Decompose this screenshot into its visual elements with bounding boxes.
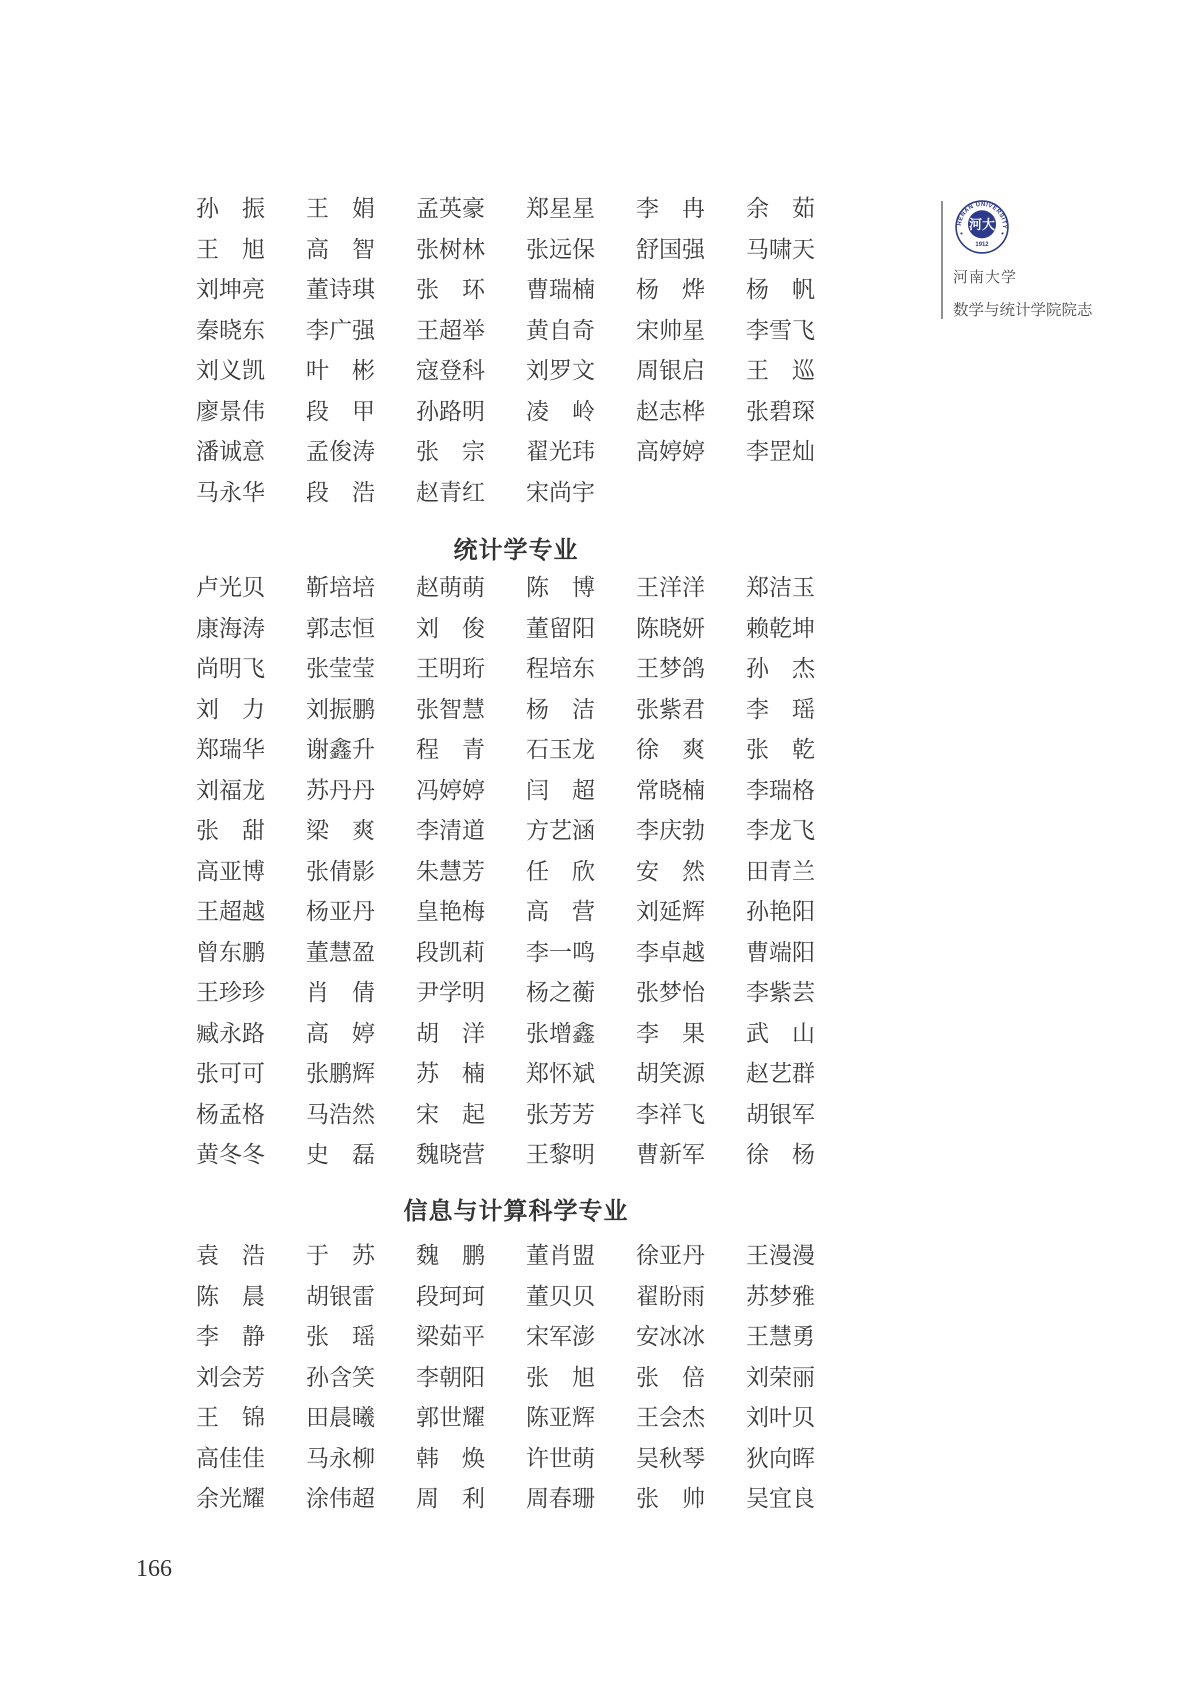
student-name: 孙艳阳 xyxy=(746,892,815,933)
student-name: 余光耀 xyxy=(196,1479,265,1520)
student-name: 刘坤亮 xyxy=(196,270,265,311)
student-name: 李瑶 xyxy=(746,690,815,731)
student-name: 张碧琛 xyxy=(746,392,815,433)
student-name: 马永柳 xyxy=(306,1439,375,1480)
student-name: 袁浩 xyxy=(196,1236,265,1277)
student-name: 张倍 xyxy=(636,1358,705,1399)
student-name: 高亚博 xyxy=(196,852,265,893)
student-name: 程培东 xyxy=(526,649,595,690)
student-name: 曾东鹏 xyxy=(196,933,265,974)
student-name: 翟盼雨 xyxy=(636,1277,705,1318)
student-name: 段珂珂 xyxy=(416,1277,485,1318)
student-name: 刘俊 xyxy=(416,609,485,650)
student-name: 董诗琪 xyxy=(306,270,375,311)
student-name: 尹学明 xyxy=(416,973,485,1014)
student-name: 张增鑫 xyxy=(526,1014,595,1055)
student-name: 孙含笑 xyxy=(306,1358,375,1399)
names-grid-statistics: 卢光贝靳培培赵萌萌陈博王洋洋郑洁玉康海涛郭志恒刘俊董留阳陈晓妍赖乾坤尚明飞张莹莹… xyxy=(196,568,815,1176)
student-name: 郭世耀 xyxy=(416,1398,485,1439)
student-name: 刘罗文 xyxy=(526,351,595,392)
student-name: 赵志桦 xyxy=(636,392,705,433)
student-name: 周春珊 xyxy=(526,1479,595,1520)
student-name: 张可可 xyxy=(196,1054,265,1095)
student-name: 高佳佳 xyxy=(196,1439,265,1480)
student-name: 刘荣丽 xyxy=(746,1358,815,1399)
student-name: 王旭 xyxy=(196,230,265,271)
student-name: 李清道 xyxy=(416,811,485,852)
student-name: 石玉龙 xyxy=(526,730,595,771)
student-name: 徐亚丹 xyxy=(636,1236,705,1277)
student-name: 肖倩 xyxy=(306,973,375,1014)
student-name: 朱慧芳 xyxy=(416,852,485,893)
student-name: 于苏 xyxy=(306,1236,375,1277)
student-name: 苏梦雅 xyxy=(746,1277,815,1318)
student-name: 张帅 xyxy=(636,1479,705,1520)
student-name: 高智 xyxy=(306,230,375,271)
student-name: 叶彬 xyxy=(306,351,375,392)
student-name: 靳培培 xyxy=(306,568,375,609)
student-name: 陈晓妍 xyxy=(636,609,705,650)
sidebar-book-title: 数学与统计学院院志 xyxy=(953,298,1093,320)
student-name: 许世萌 xyxy=(526,1439,595,1480)
student-name: 李静 xyxy=(196,1317,265,1358)
student-name: 李朝阳 xyxy=(416,1358,485,1399)
student-name: 王珍珍 xyxy=(196,973,265,1014)
student-name: 魏晓营 xyxy=(416,1135,485,1176)
logo-center-characters: 河大 xyxy=(969,217,995,232)
student-name: 寇登科 xyxy=(416,351,485,392)
student-name: 宋军澎 xyxy=(526,1317,595,1358)
section-title-statistics: 统计学专业 xyxy=(206,530,826,565)
student-name: 张甜 xyxy=(196,811,265,852)
student-name: 李冉 xyxy=(636,189,705,230)
student-name: 刘力 xyxy=(196,690,265,731)
student-name: 梁爽 xyxy=(306,811,375,852)
student-name: 常晓楠 xyxy=(636,771,705,812)
student-name: 杨洁 xyxy=(526,690,595,731)
student-name: 胡笑源 xyxy=(636,1054,705,1095)
student-name: 余茹 xyxy=(746,189,815,230)
student-name: 涂伟超 xyxy=(306,1479,375,1520)
student-name: 胡银军 xyxy=(746,1095,815,1136)
student-name: 马浩然 xyxy=(306,1095,375,1136)
student-name: 卢光贝 xyxy=(196,568,265,609)
student-name: 梁茹平 xyxy=(416,1317,485,1358)
student-name: 杨亚丹 xyxy=(306,892,375,933)
student-name: 宋尚宇 xyxy=(526,473,595,514)
student-name: 王洋洋 xyxy=(636,568,705,609)
student-name: 秦晓东 xyxy=(196,311,265,352)
student-name: 李罡灿 xyxy=(746,432,815,473)
student-name: 杨之蘅 xyxy=(526,973,595,1014)
student-name: 徐杨 xyxy=(746,1135,815,1176)
student-name: 周银启 xyxy=(636,351,705,392)
student-name: 孟俊涛 xyxy=(306,432,375,473)
student-name: 魏鹏 xyxy=(416,1236,485,1277)
student-name: 杨烨 xyxy=(636,270,705,311)
student-name: 张树林 xyxy=(416,230,485,271)
student-name: 李庆勃 xyxy=(636,811,705,852)
student-name: 皇艳梅 xyxy=(416,892,485,933)
student-name: 韩焕 xyxy=(416,1439,485,1480)
student-name: 王锦 xyxy=(196,1398,265,1439)
student-name: 李龙飞 xyxy=(746,811,815,852)
student-name: 刘振鹏 xyxy=(306,690,375,731)
student-name: 赵艺群 xyxy=(746,1054,815,1095)
student-name: 胡银雷 xyxy=(306,1277,375,1318)
student-name: 郑瑞华 xyxy=(196,730,265,771)
student-name: 苏楠 xyxy=(416,1054,485,1095)
student-name: 王慧勇 xyxy=(746,1317,815,1358)
sidebar-university-name: 河南大学 xyxy=(953,266,1017,287)
student-name: 马啸天 xyxy=(746,230,815,271)
student-name: 张芳芳 xyxy=(526,1095,595,1136)
student-name: 杨孟格 xyxy=(196,1095,265,1136)
student-name: 马永华 xyxy=(196,473,265,514)
student-name: 郑星星 xyxy=(526,189,595,230)
student-name: 谢鑫升 xyxy=(306,730,375,771)
student-name: 张莹莹 xyxy=(306,649,375,690)
student-name: 胡洋 xyxy=(416,1014,485,1055)
student-name: 李瑞格 xyxy=(746,771,815,812)
student-name: 安冰冰 xyxy=(636,1317,705,1358)
student-name: 苏丹丹 xyxy=(306,771,375,812)
student-name: 李雪飞 xyxy=(746,311,815,352)
student-name: 王超举 xyxy=(416,311,485,352)
student-name: 高婷婷 xyxy=(636,432,705,473)
student-name: 方艺涵 xyxy=(526,811,595,852)
student-name: 王梦鸽 xyxy=(636,649,705,690)
student-name: 陈亚辉 xyxy=(526,1398,595,1439)
student-name: 张瑶 xyxy=(306,1317,375,1358)
student-name: 史磊 xyxy=(306,1135,375,1176)
student-name: 王漫漫 xyxy=(746,1236,815,1277)
document-page: 孙振王娟孟英豪郑星星李冉余茹王旭高智张树林张远保舒国强马啸天刘坤亮董诗琪张环曹瑞… xyxy=(0,0,1190,1684)
student-name: 田晨曦 xyxy=(306,1398,375,1439)
student-name: 冯婷婷 xyxy=(416,771,485,812)
student-name: 曹新军 xyxy=(636,1135,705,1176)
student-name: 孟英豪 xyxy=(416,189,485,230)
student-name: 凌岭 xyxy=(526,392,595,433)
student-name: 宋帅星 xyxy=(636,311,705,352)
student-name: 程青 xyxy=(416,730,485,771)
student-name: 张鹏辉 xyxy=(306,1054,375,1095)
student-name: 周利 xyxy=(416,1479,485,1520)
student-name: 李紫芸 xyxy=(746,973,815,1014)
student-name: 王会杰 xyxy=(636,1398,705,1439)
student-name: 廖景伟 xyxy=(196,392,265,433)
student-name: 王超越 xyxy=(196,892,265,933)
henan-university-logo-icon: HENAN UNIVERSITY 河大 1912 xyxy=(955,200,1009,254)
student-name: 张旭 xyxy=(526,1358,595,1399)
student-name: 闫超 xyxy=(526,771,595,812)
student-name: 吴秋琴 xyxy=(636,1439,705,1480)
student-name: 李祥飞 xyxy=(636,1095,705,1136)
student-name: 王明珩 xyxy=(416,649,485,690)
student-name: 武山 xyxy=(746,1014,815,1055)
student-name: 孙杰 xyxy=(746,649,815,690)
logo-year: 1912 xyxy=(975,242,989,248)
student-name: 郑洁玉 xyxy=(746,568,815,609)
student-name: 郑怀斌 xyxy=(526,1054,595,1095)
student-name: 王黎明 xyxy=(526,1135,595,1176)
student-name: 董留阳 xyxy=(526,609,595,650)
student-name: 孙路明 xyxy=(416,392,485,433)
student-name: 翟光玮 xyxy=(526,432,595,473)
student-name: 张紫君 xyxy=(636,690,705,731)
student-name: 高婷 xyxy=(306,1014,375,1055)
student-name: 曹端阳 xyxy=(746,933,815,974)
student-name: 赵萌萌 xyxy=(416,568,485,609)
student-name: 李广强 xyxy=(306,311,375,352)
student-name: 郭志恒 xyxy=(306,609,375,650)
student-name: 杨帆 xyxy=(746,270,815,311)
student-name: 王巡 xyxy=(746,351,815,392)
student-name: 李卓越 xyxy=(636,933,705,974)
student-name: 董慧盈 xyxy=(306,933,375,974)
names-grid-info-computing: 袁浩于苏魏鹏董肖盟徐亚丹王漫漫陈晨胡银雷段珂珂董贝贝翟盼雨苏梦雅李静张瑶梁茹平宋… xyxy=(196,1236,815,1520)
page-number: 166 xyxy=(136,1556,172,1583)
student-name: 赖乾坤 xyxy=(746,609,815,650)
student-name: 刘叶贝 xyxy=(746,1398,815,1439)
student-name: 尚明飞 xyxy=(196,649,265,690)
names-grid-continuation: 孙振王娟孟英豪郑星星李冉余茹王旭高智张树林张远保舒国强马啸天刘坤亮董诗琪张环曹瑞… xyxy=(196,189,815,513)
student-name: 黄自奇 xyxy=(526,311,595,352)
student-name: 董贝贝 xyxy=(526,1277,595,1318)
student-name: 陈晨 xyxy=(196,1277,265,1318)
student-name: 臧永路 xyxy=(196,1014,265,1055)
student-name: 张乾 xyxy=(746,730,815,771)
student-name: 张远保 xyxy=(526,230,595,271)
student-name: 张智慧 xyxy=(416,690,485,731)
student-name: 狄向晖 xyxy=(746,1439,815,1480)
student-name: 舒国强 xyxy=(636,230,705,271)
student-name: 徐爽 xyxy=(636,730,705,771)
student-name: 曹瑞楠 xyxy=(526,270,595,311)
student-name: 董肖盟 xyxy=(526,1236,595,1277)
student-name: 安然 xyxy=(636,852,705,893)
student-name: 任欣 xyxy=(526,852,595,893)
student-name: 李果 xyxy=(636,1014,705,1055)
student-name: 潘诚意 xyxy=(196,432,265,473)
student-name: 孙振 xyxy=(196,189,265,230)
student-name: 吴宜良 xyxy=(746,1479,815,1520)
student-name: 刘会芳 xyxy=(196,1358,265,1399)
student-name: 李一鸣 xyxy=(526,933,595,974)
student-name: 刘福龙 xyxy=(196,771,265,812)
student-name: 段浩 xyxy=(306,473,375,514)
student-name: 段凯莉 xyxy=(416,933,485,974)
student-name: 陈博 xyxy=(526,568,595,609)
section-title-info-computing: 信息与计算科学专业 xyxy=(206,1191,826,1226)
student-name: 王娟 xyxy=(306,189,375,230)
student-name: 张梦怡 xyxy=(636,973,705,1014)
student-name: 张宗 xyxy=(416,432,485,473)
student-name: 刘延辉 xyxy=(636,892,705,933)
student-name: 张环 xyxy=(416,270,485,311)
student-name: 赵青红 xyxy=(416,473,485,514)
student-name: 刘义凯 xyxy=(196,351,265,392)
student-name: 黄冬冬 xyxy=(196,1135,265,1176)
student-name: 张倩影 xyxy=(306,852,375,893)
student-name: 宋起 xyxy=(416,1095,485,1136)
student-name: 段甲 xyxy=(306,392,375,433)
student-name: 康海涛 xyxy=(196,609,265,650)
student-name: 田青兰 xyxy=(746,852,815,893)
sidebar-divider-line xyxy=(941,201,943,319)
student-name: 高营 xyxy=(526,892,595,933)
